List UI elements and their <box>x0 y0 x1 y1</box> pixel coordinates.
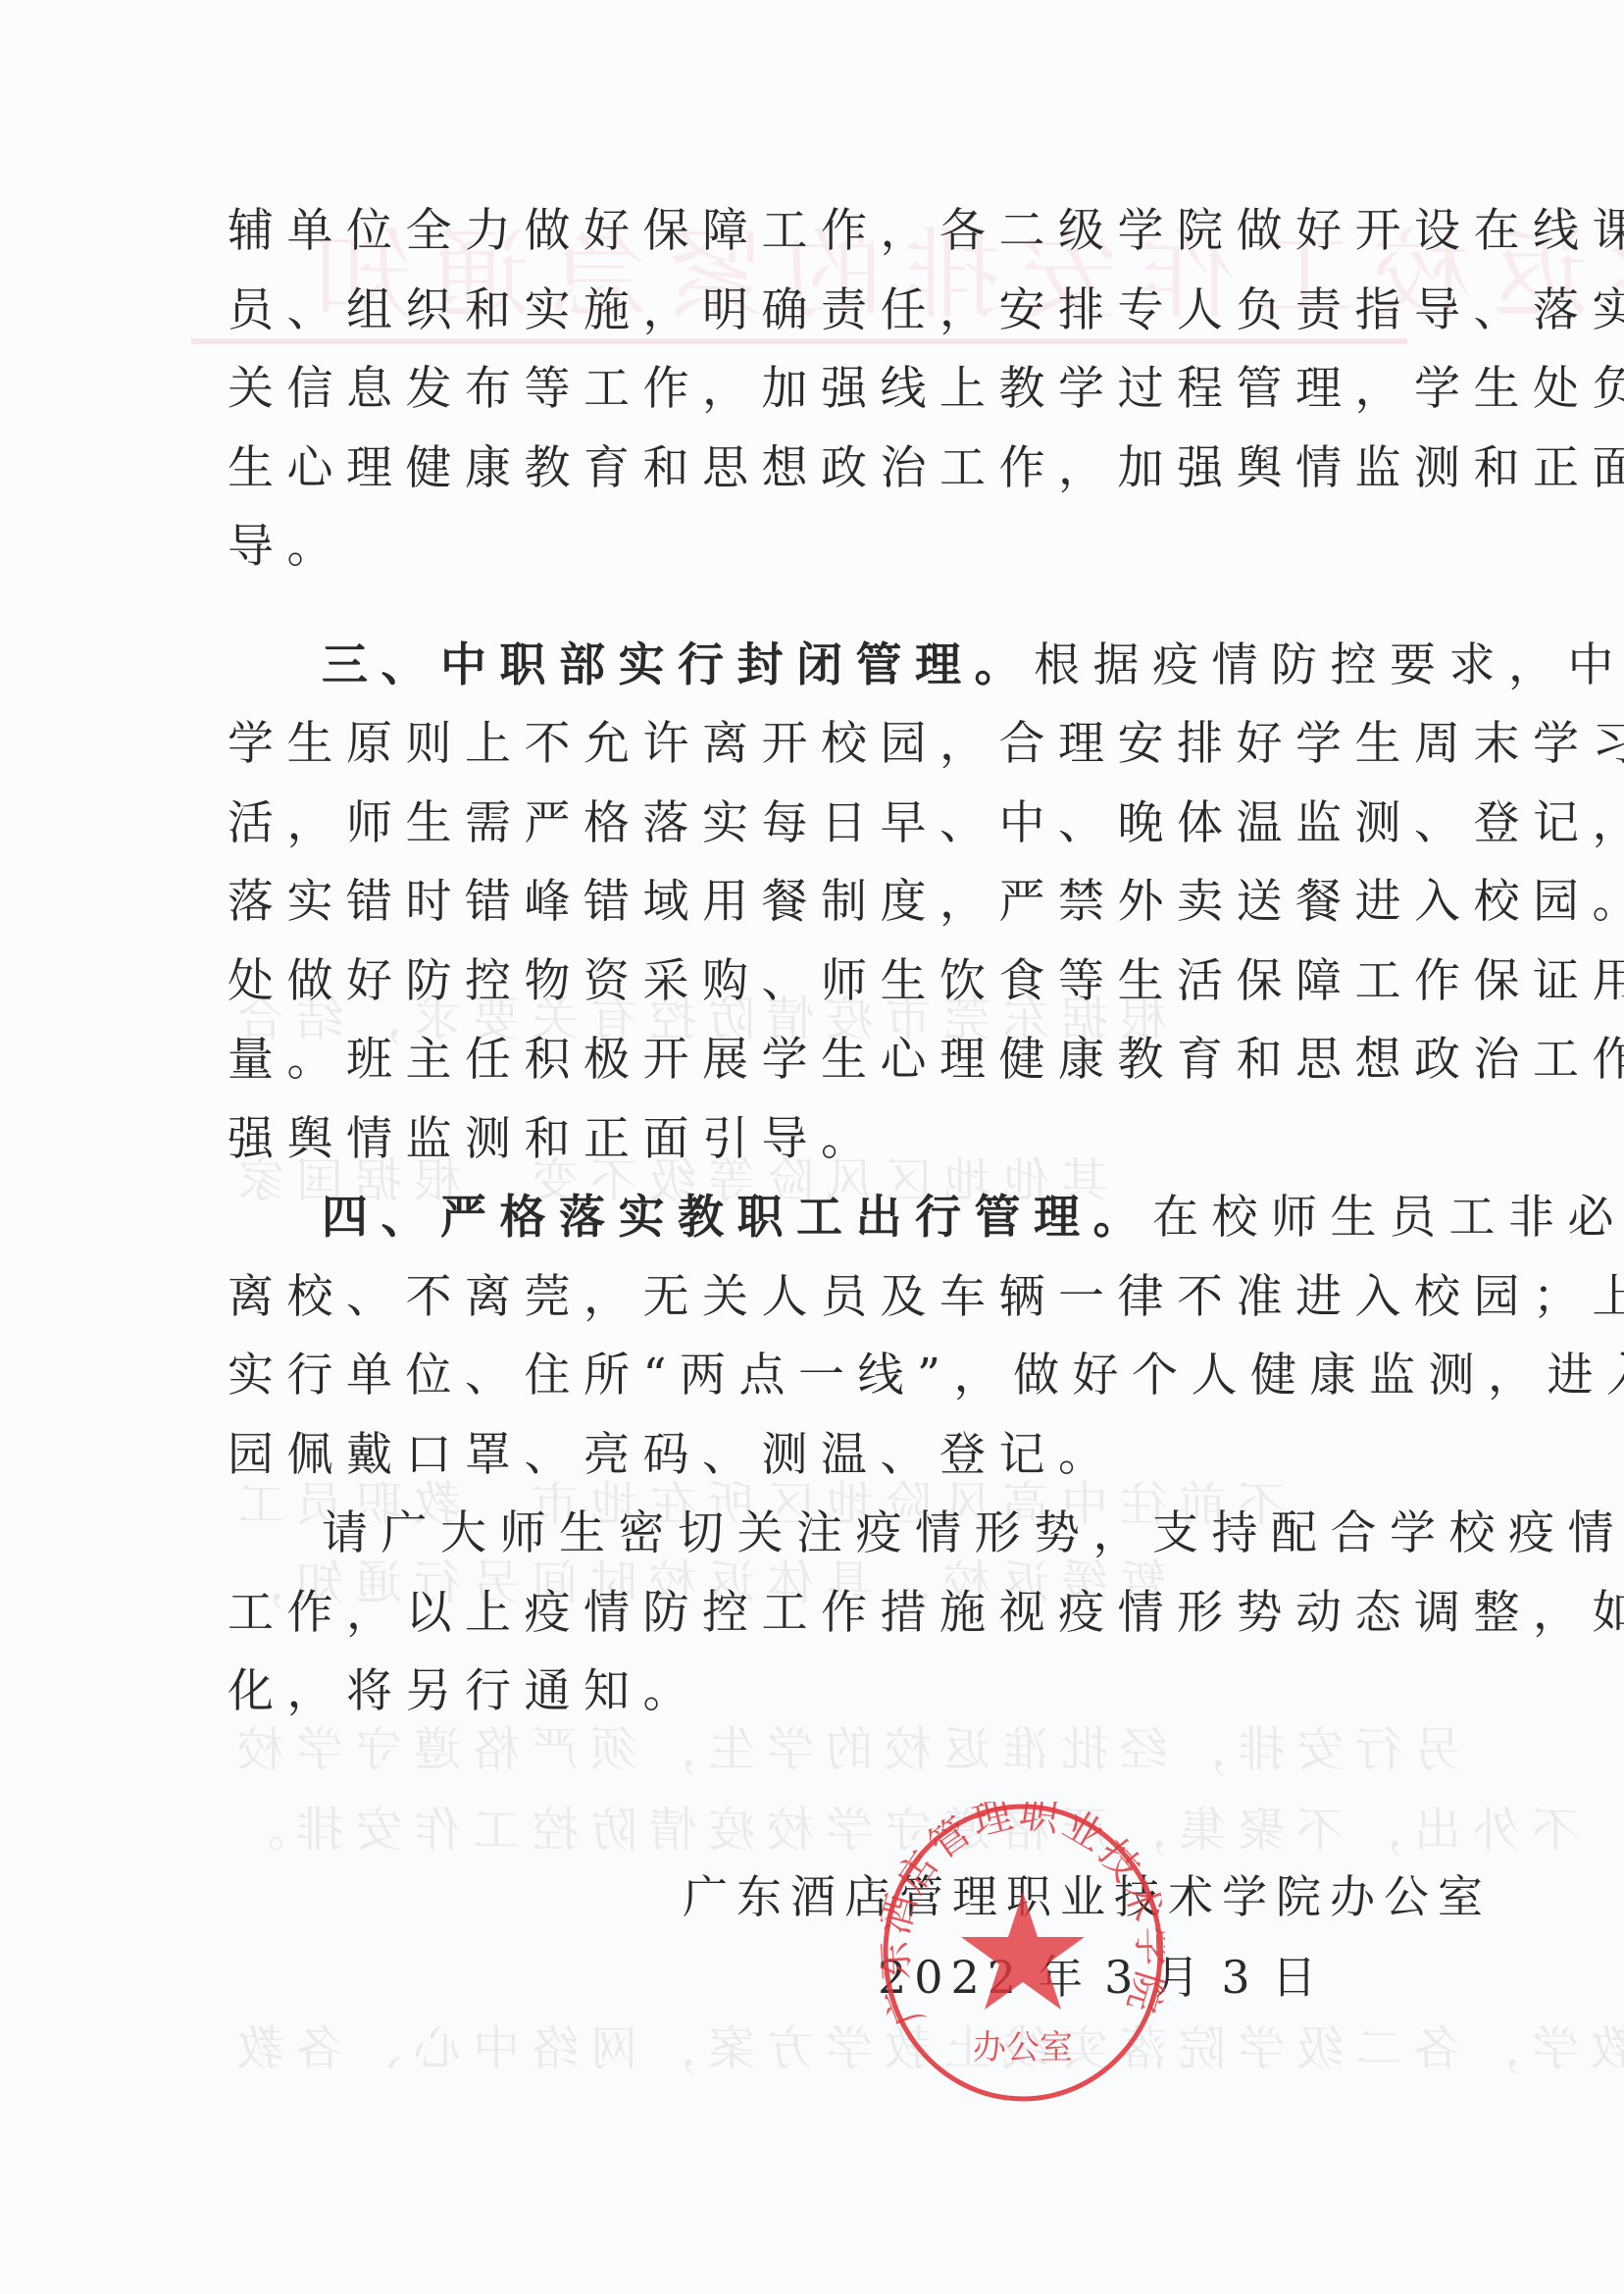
text-line: 离校、不离莞，无关人员及车辆一律不准进入校园；上下班 <box>228 1258 1375 1338</box>
bleed-through-line: 展线上教学，各二级学院落实线上教学方案，网络中心、各教 <box>226 2011 1624 2078</box>
text-line: 落实错时错峰错域用餐制度，严禁外卖送餐进入校园。总务 <box>228 863 1375 943</box>
text-line: 三、中职部实行封闭管理。根据疫情防控要求，中职部 <box>228 627 1375 706</box>
text-line: 化，将另行通知。 <box>228 1653 1375 1732</box>
text-line: 量。班主任积极开展学生心理健康教育和思想政治工作，加 <box>228 1021 1375 1100</box>
text-line: 学生原则上不允许离开校园，合理安排好学生周末学习生 <box>228 705 1375 785</box>
section-heading: 四、严格落实教职工出行管理。 <box>322 1191 1152 1245</box>
date-year-unit: 年 <box>1038 1951 1091 2004</box>
document-body: 辅单位全力做好保障工作，各二级学院做好开设在线课程动 员、组织和实施，明确责任，… <box>228 192 1375 1732</box>
date-day: 3 <box>1221 1951 1257 2004</box>
text-line: 活，师生需严格落实每日早、中、晚体温监测、登记，严格 <box>228 785 1375 864</box>
text-line: 工作，以上疫情防控工作措施视疫情形势动态调整，如有变 <box>228 1574 1375 1654</box>
text-line: 强舆情监测和正面引导。 <box>228 1100 1375 1180</box>
paragraph-section-4: 四、严格落实教职工出行管理。在校师生员工非必要不 离校、不离莞，无关人员及车辆一… <box>228 1179 1375 1495</box>
bleed-through-line: 不外出，不聚集，严格遵守学校疫情防控工作安排。 <box>226 1792 1579 1860</box>
text-line: 员、组织和实施，明确责任，安排专人负责指导、落实和相 <box>228 272 1375 351</box>
issuer-signature: 广东酒店管理职业技术学院办公室 <box>683 1861 1492 1926</box>
text-run: 在校师生员工非必要不 <box>1152 1191 1624 1245</box>
text-line: 导。 <box>228 508 1375 587</box>
text-line: 辅单位全力做好保障工作，各二级学院做好开设在线课程动 <box>228 192 1375 272</box>
date-month-unit: 月 <box>1154 1951 1207 2004</box>
text-line: 生心理健康教育和思想政治工作，加强舆情监测和正面引 <box>228 430 1375 509</box>
text-line: 关信息发布等工作，加强线上教学过程管理，学生处负责学 <box>228 350 1375 430</box>
paragraph-closing: 请广大师生密切关注疫情形势，支持配合学校疫情防控 工作，以上疫情防控工作措施视疫… <box>228 1495 1375 1732</box>
section-heading: 三、中职部实行封闭管理。 <box>322 638 1034 692</box>
text-line: 实行单位、住所“两点一线”，做好个人健康监测，进入校 <box>228 1337 1375 1416</box>
text-line: 四、严格落实教职工出行管理。在校师生员工非必要不 <box>228 1179 1375 1258</box>
scanned-page: 关于调整开学返校工作安排的紧急通知 根据东莞市疫情防控有关要求，结合 其他地区风… <box>0 0 1624 2294</box>
date-year: 2022 <box>878 1951 1024 2004</box>
date-month: 3 <box>1104 1951 1141 2004</box>
paragraph-section-3: 三、中职部实行封闭管理。根据疫情防控要求，中职部 学生原则上不允许离开校园，合理… <box>228 627 1375 1180</box>
date-day-unit: 日 <box>1272 1951 1325 2004</box>
issue-date: 2022年3月3日 <box>878 1942 1339 2007</box>
paragraph-continued: 辅单位全力做好保障工作，各二级学院做好开设在线课程动 员、组织和实施，明确责任，… <box>228 192 1375 587</box>
text-run: 根据疫情防控要求，中职部 <box>1034 638 1624 692</box>
text-line: 请广大师生密切关注疫情形势，支持配合学校疫情防控 <box>228 1495 1375 1574</box>
text-line: 处做好防控物资采购、师生饮食等生活保障工作保证用餐质 <box>228 943 1375 1022</box>
text-line: 园佩戴口罩、亮码、测温、登记。 <box>228 1416 1375 1496</box>
